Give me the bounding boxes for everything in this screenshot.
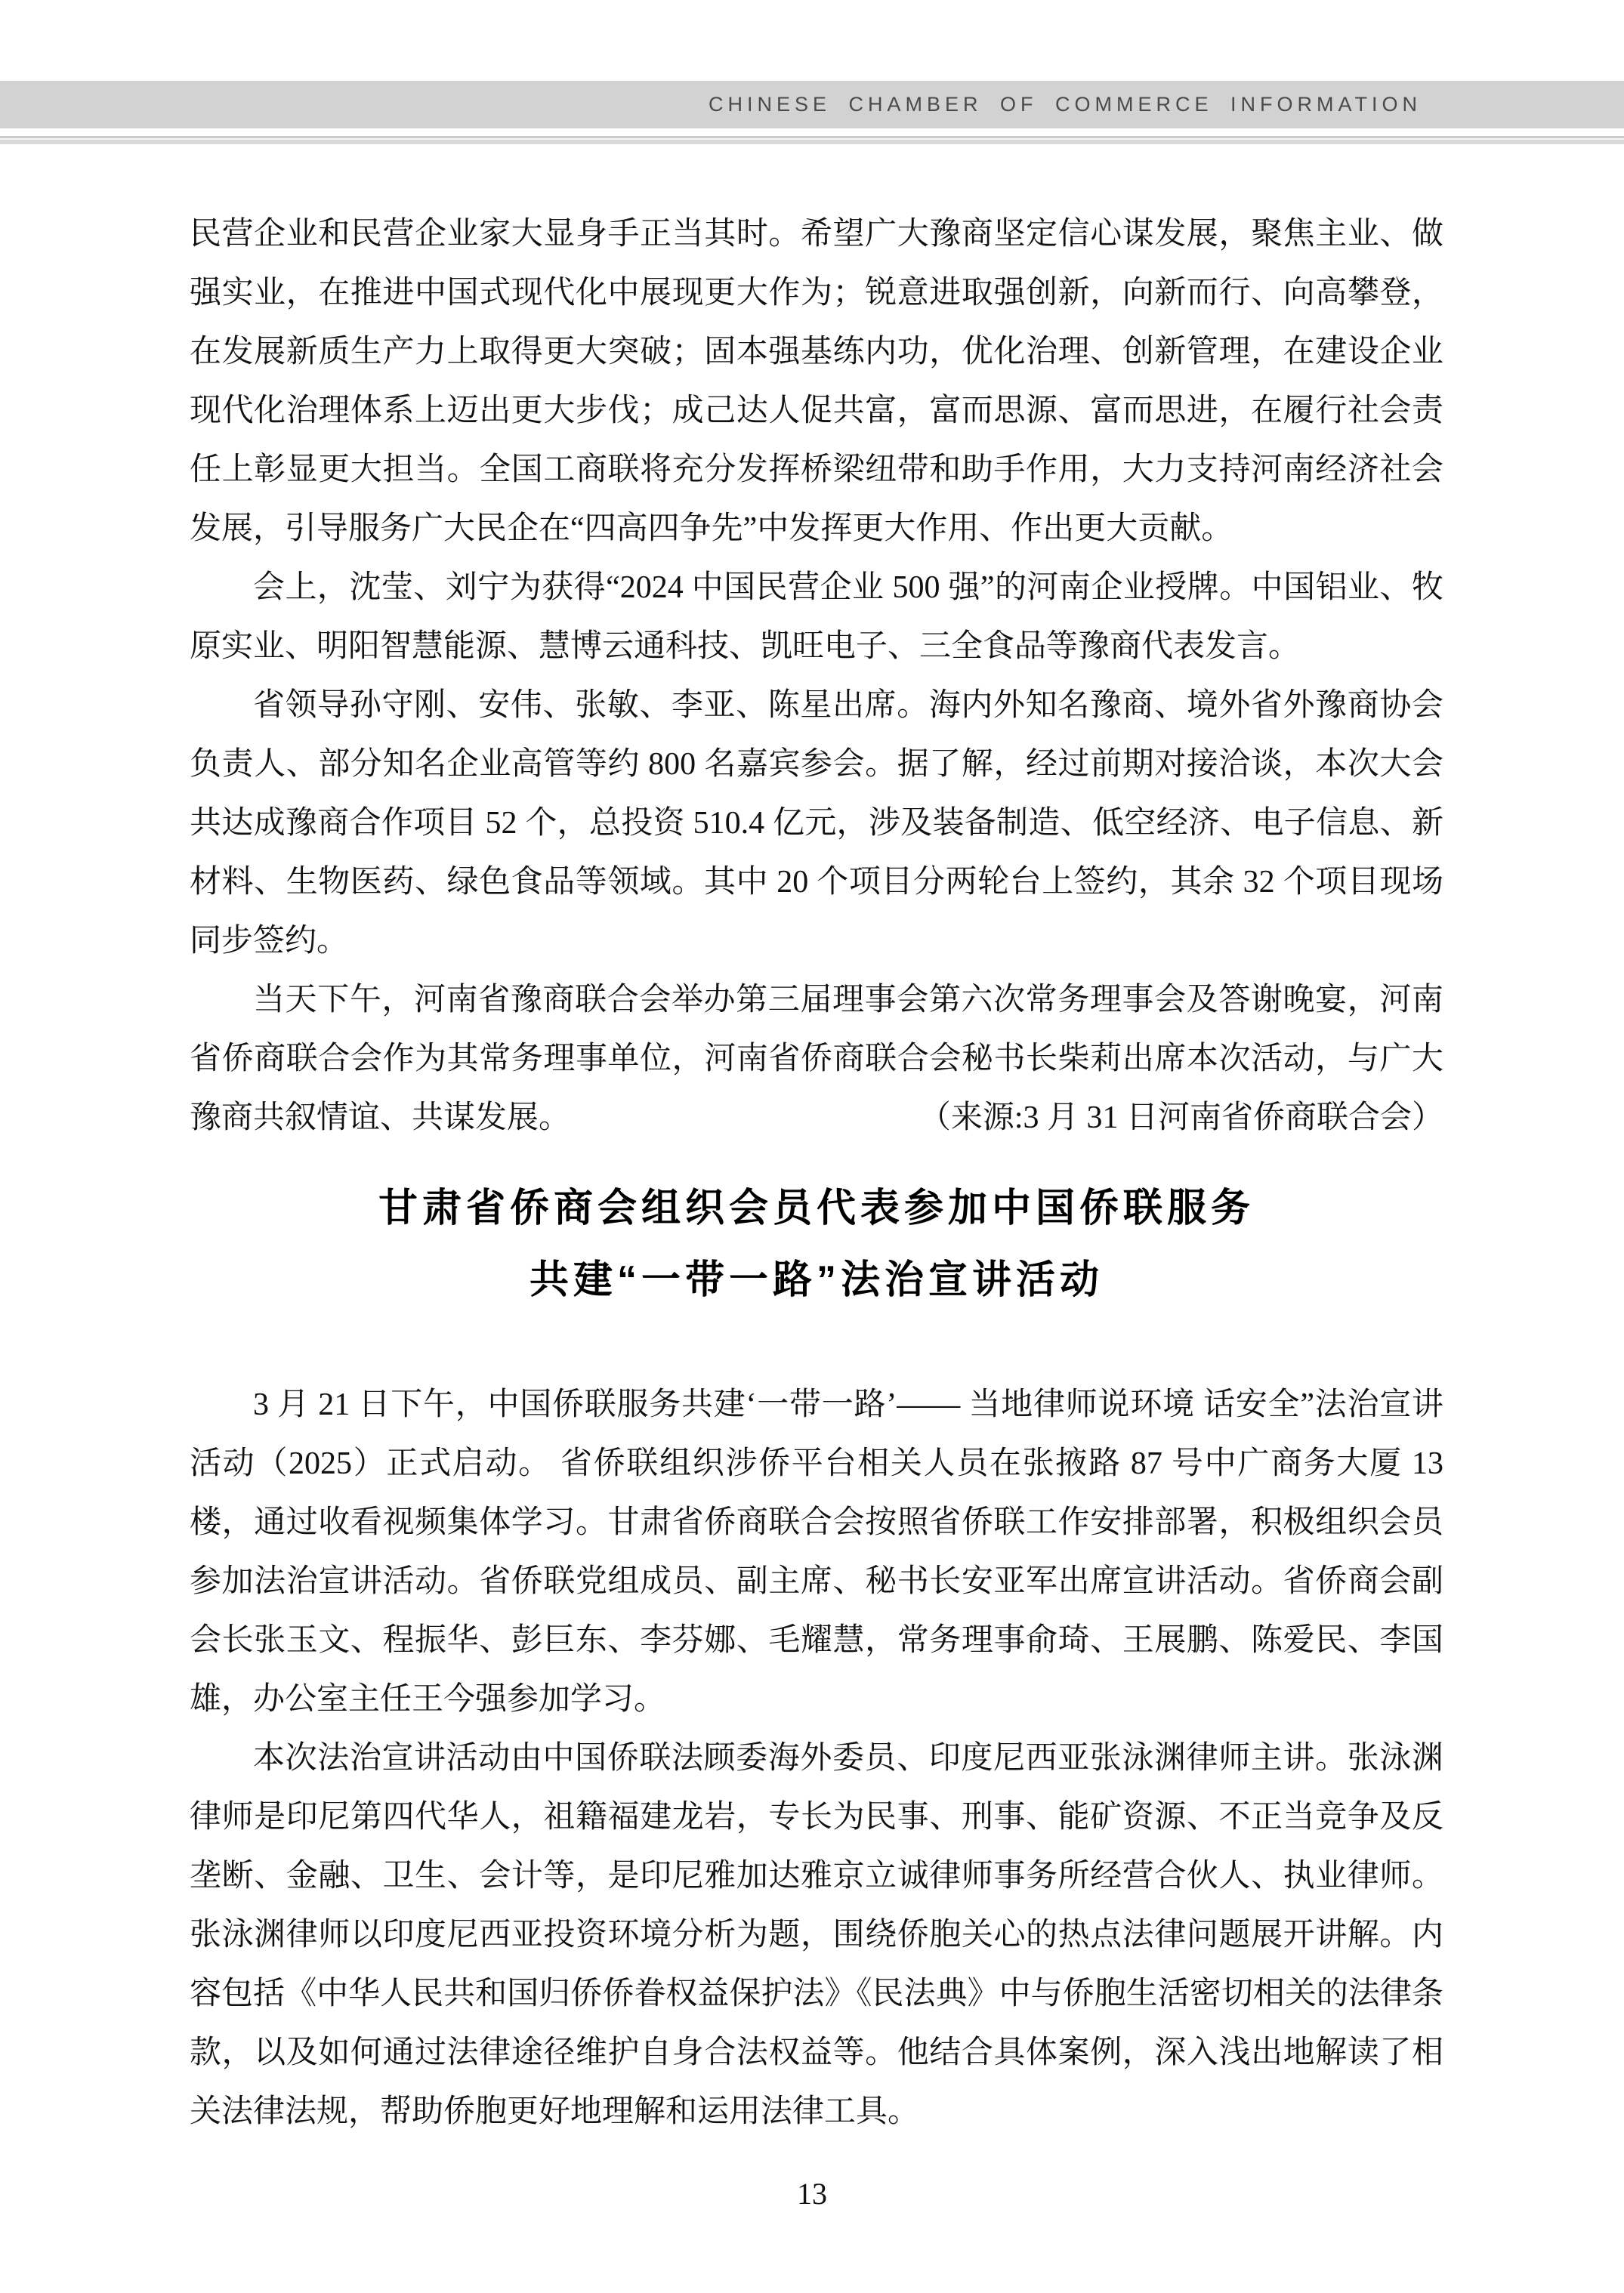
article1-paragraph-1: 民营企业和民营企业家大显身手正当其时。希望广大豫商坚定信心谋发展，聚焦主业、做强…	[190, 205, 1443, 558]
article1-closing-line: 豫商共叙情谊、共谋发展。 （来源:3 月 31 日河南省侨商联合会）	[190, 1088, 1443, 1147]
page-footer: 13	[0, 2176, 1624, 2211]
header-rule	[0, 136, 1624, 144]
article1-paragraph-4: 当天下午，河南省豫商联合会举办第三届理事会第六次常务理事会及答谢晚宴，河南省侨商…	[190, 971, 1443, 1088]
header-banner-text: CHINESE CHAMBER OF COMMERCE INFORMATION	[709, 93, 1422, 116]
page-header: CHINESE CHAMBER OF COMMERCE INFORMATION	[0, 81, 1624, 144]
article1-closing-text: 豫商共叙情谊、共谋发展。	[190, 1088, 570, 1147]
article2-paragraph-1: 3 月 21 日下午，中国侨联服务共建‘一带一路’—— 当地律师说环境 话安全”…	[190, 1375, 1443, 1729]
article1-source-note: （来源:3 月 31 日河南省侨商联合会）	[919, 1088, 1443, 1147]
article1-paragraph-3: 省领导孙守刚、安伟、张敏、李亚、陈星出席。海内外知名豫商、境外省外豫商协会负责人…	[190, 676, 1443, 971]
article2-title-line2: 共建“一带一路”法治宣讲活动	[190, 1245, 1443, 1316]
header-band: CHINESE CHAMBER OF COMMERCE INFORMATION	[0, 81, 1624, 128]
article1-paragraph-2: 会上，沈莹、刘宁为获得“2024 中国民营企业 500 强”的河南企业授牌。中国…	[190, 558, 1443, 676]
article2-title: 甘肃省侨商会组织会员代表参加中国侨联服务 共建“一带一路”法治宣讲活动	[190, 1173, 1443, 1316]
page-number: 13	[797, 2177, 827, 2211]
page-body: 民营企业和民营企业家大显身手正当其时。希望广大豫商坚定信心谋发展，聚焦主业、做强…	[0, 205, 1624, 2141]
article2-title-line1: 甘肃省侨商会组织会员代表参加中国侨联服务	[190, 1173, 1443, 1245]
document-page: CHINESE CHAMBER OF COMMERCE INFORMATION …	[0, 0, 1624, 2293]
article2-paragraph-2: 本次法治宣讲活动由中国侨联法顾委海外委员、印度尼西亚张泳渊律师主讲。张泳渊律师是…	[190, 1729, 1443, 2141]
